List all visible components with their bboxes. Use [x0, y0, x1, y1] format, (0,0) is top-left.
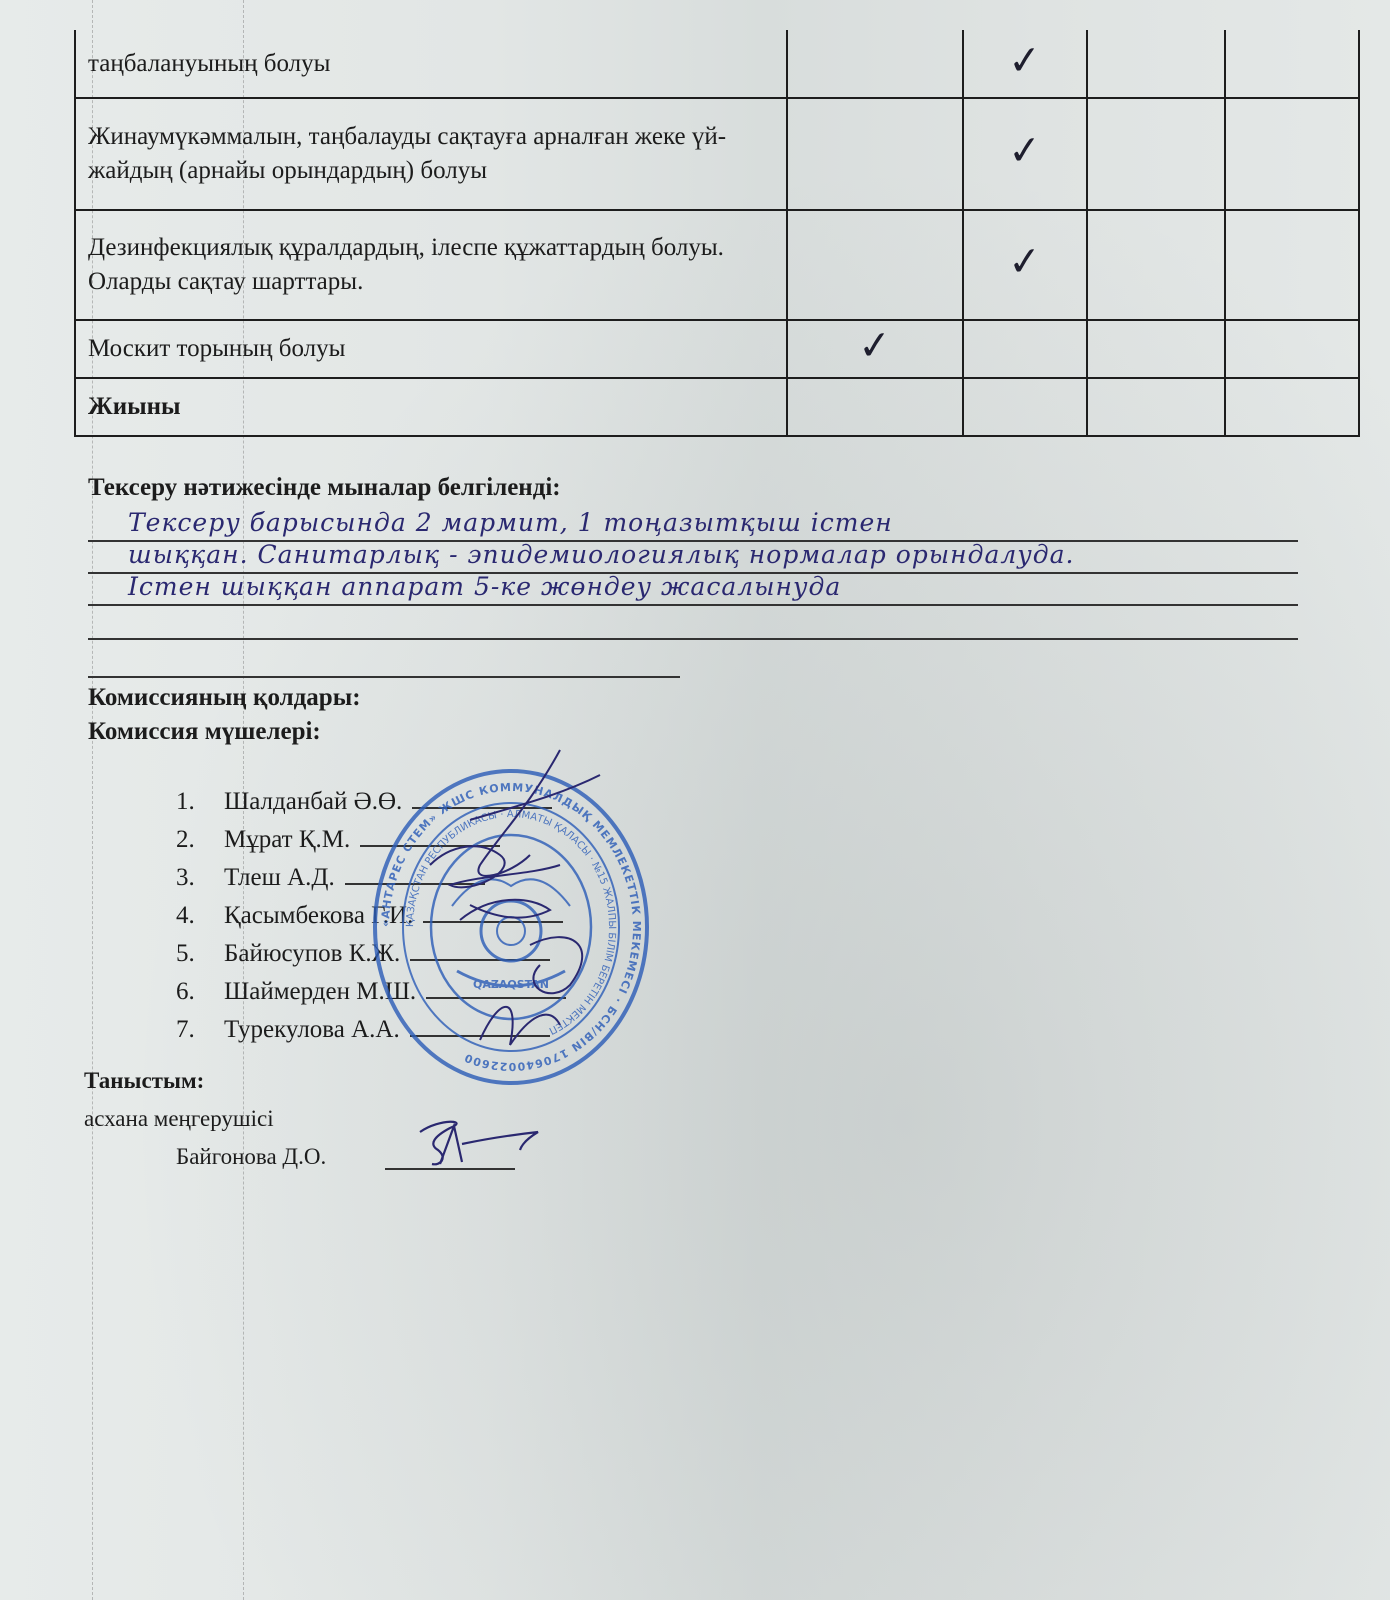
member-number: 2. — [176, 821, 224, 859]
mark-cell — [1225, 210, 1359, 320]
findings-end-line — [88, 676, 680, 678]
acknowledged-heading: Таныстым: — [84, 1068, 204, 1094]
inspection-checklist-table: таңбалануының болуы✓Жинаумүкәммалын, таң… — [74, 30, 1360, 437]
mark-cell: ✓ — [963, 210, 1087, 320]
svg-text:ҚАЗАҚСТАН РЕСПУБЛИКАСЫ · АЛМАТ: ҚАЗАҚСТАН РЕСПУБЛИКАСЫ · АЛМАТЫ ҚАЛАСЫ ·… — [405, 809, 617, 1036]
checkmark-icon: ✓ — [857, 328, 893, 364]
official-stamp: «АНТАРЕС СТЕМ» ЖШС КОММУНАЛДЫҚ МЕМЛЕКЕТТ… — [372, 766, 650, 1088]
mark-cell — [1225, 378, 1359, 436]
criterion-cell: Жинаумүкәммалын, таңбалауды сақтауға арн… — [75, 98, 787, 210]
criterion-cell: таңбалануының болуы — [75, 30, 787, 98]
mark-cell — [787, 98, 963, 210]
criterion-cell: Жиыны — [75, 378, 787, 436]
table-row: Москит торының болуы✓ — [75, 320, 1359, 378]
mark-cell: ✓ — [963, 30, 1087, 98]
table-row: таңбалануының болуы✓ — [75, 30, 1359, 98]
mark-cell — [1087, 98, 1225, 210]
member-name: Тлеш А.Д. — [224, 864, 335, 891]
mark-cell: ✓ — [963, 98, 1087, 210]
mark-cell — [787, 30, 963, 98]
mark-cell — [1087, 320, 1225, 378]
table-row: Жинаумүкәммалын, таңбалауды сақтауға арн… — [75, 98, 1359, 210]
member-number: 4. — [176, 897, 224, 935]
table-row: Дезинфекциялық құралдардың, ілеспе құжат… — [75, 210, 1359, 320]
checkmark-icon: ✓ — [1007, 133, 1043, 169]
acknowledged-signature-line — [385, 1168, 515, 1170]
member-number: 3. — [176, 859, 224, 897]
member-number: 7. — [176, 1011, 224, 1049]
mark-cell — [1225, 30, 1359, 98]
mark-cell — [1087, 210, 1225, 320]
handwritten-finding-line: Істен шыққан аппарат 5-ке жөндеу жасалын… — [128, 572, 841, 601]
member-number: 6. — [176, 973, 224, 1011]
manager-signature — [410, 1114, 545, 1174]
ruled-line — [88, 638, 1298, 640]
criterion-cell: Москит торының болуы — [75, 320, 787, 378]
handwritten-finding-line: Тексеру барысында 2 мармит, 1 тоңазытқыш… — [128, 508, 893, 537]
member-number: 5. — [176, 935, 224, 973]
commission-members-heading: Комиссия мүшелері: — [88, 718, 321, 746]
mark-cell — [963, 378, 1087, 436]
ruled-line — [88, 604, 1298, 606]
mark-cell — [1087, 30, 1225, 98]
mark-cell — [787, 378, 963, 436]
commission-signatures-heading: Комиссияның қолдары: — [88, 684, 361, 712]
mark-cell — [1087, 378, 1225, 436]
mark-cell — [1225, 320, 1359, 378]
svg-text:QAZAQSTAN: QAZAQSTAN — [473, 978, 549, 991]
mark-cell — [1225, 98, 1359, 210]
checkmark-icon: ✓ — [1007, 42, 1043, 78]
handwritten-finding-line: шыққан. Санитарлық - эпидемиологиялық но… — [128, 540, 1074, 569]
acknowledged-role: асхана меңгерушісі — [84, 1106, 274, 1132]
checkmark-icon: ✓ — [1007, 244, 1043, 280]
findings-title: Тексеру нәтижесінде мыналар белгіленді: — [88, 474, 561, 502]
member-number: 1. — [176, 783, 224, 821]
acknowledged-name: Байгонова Д.О. — [176, 1144, 326, 1170]
svg-text:«АНТАРЕС СТЕМ» ЖШС КОММУНАЛДЫҚ: «АНТАРЕС СТЕМ» ЖШС КОММУНАЛДЫҚ МЕМЛЕКЕТТ… — [379, 781, 643, 1073]
member-name: Мұрат Қ.М. — [224, 826, 350, 853]
table-row: Жиыны — [75, 378, 1359, 436]
mark-cell: ✓ — [787, 320, 963, 378]
mark-cell — [787, 210, 963, 320]
mark-cell — [963, 320, 1087, 378]
criterion-cell: Дезинфекциялық құралдардың, ілеспе құжат… — [75, 210, 787, 320]
